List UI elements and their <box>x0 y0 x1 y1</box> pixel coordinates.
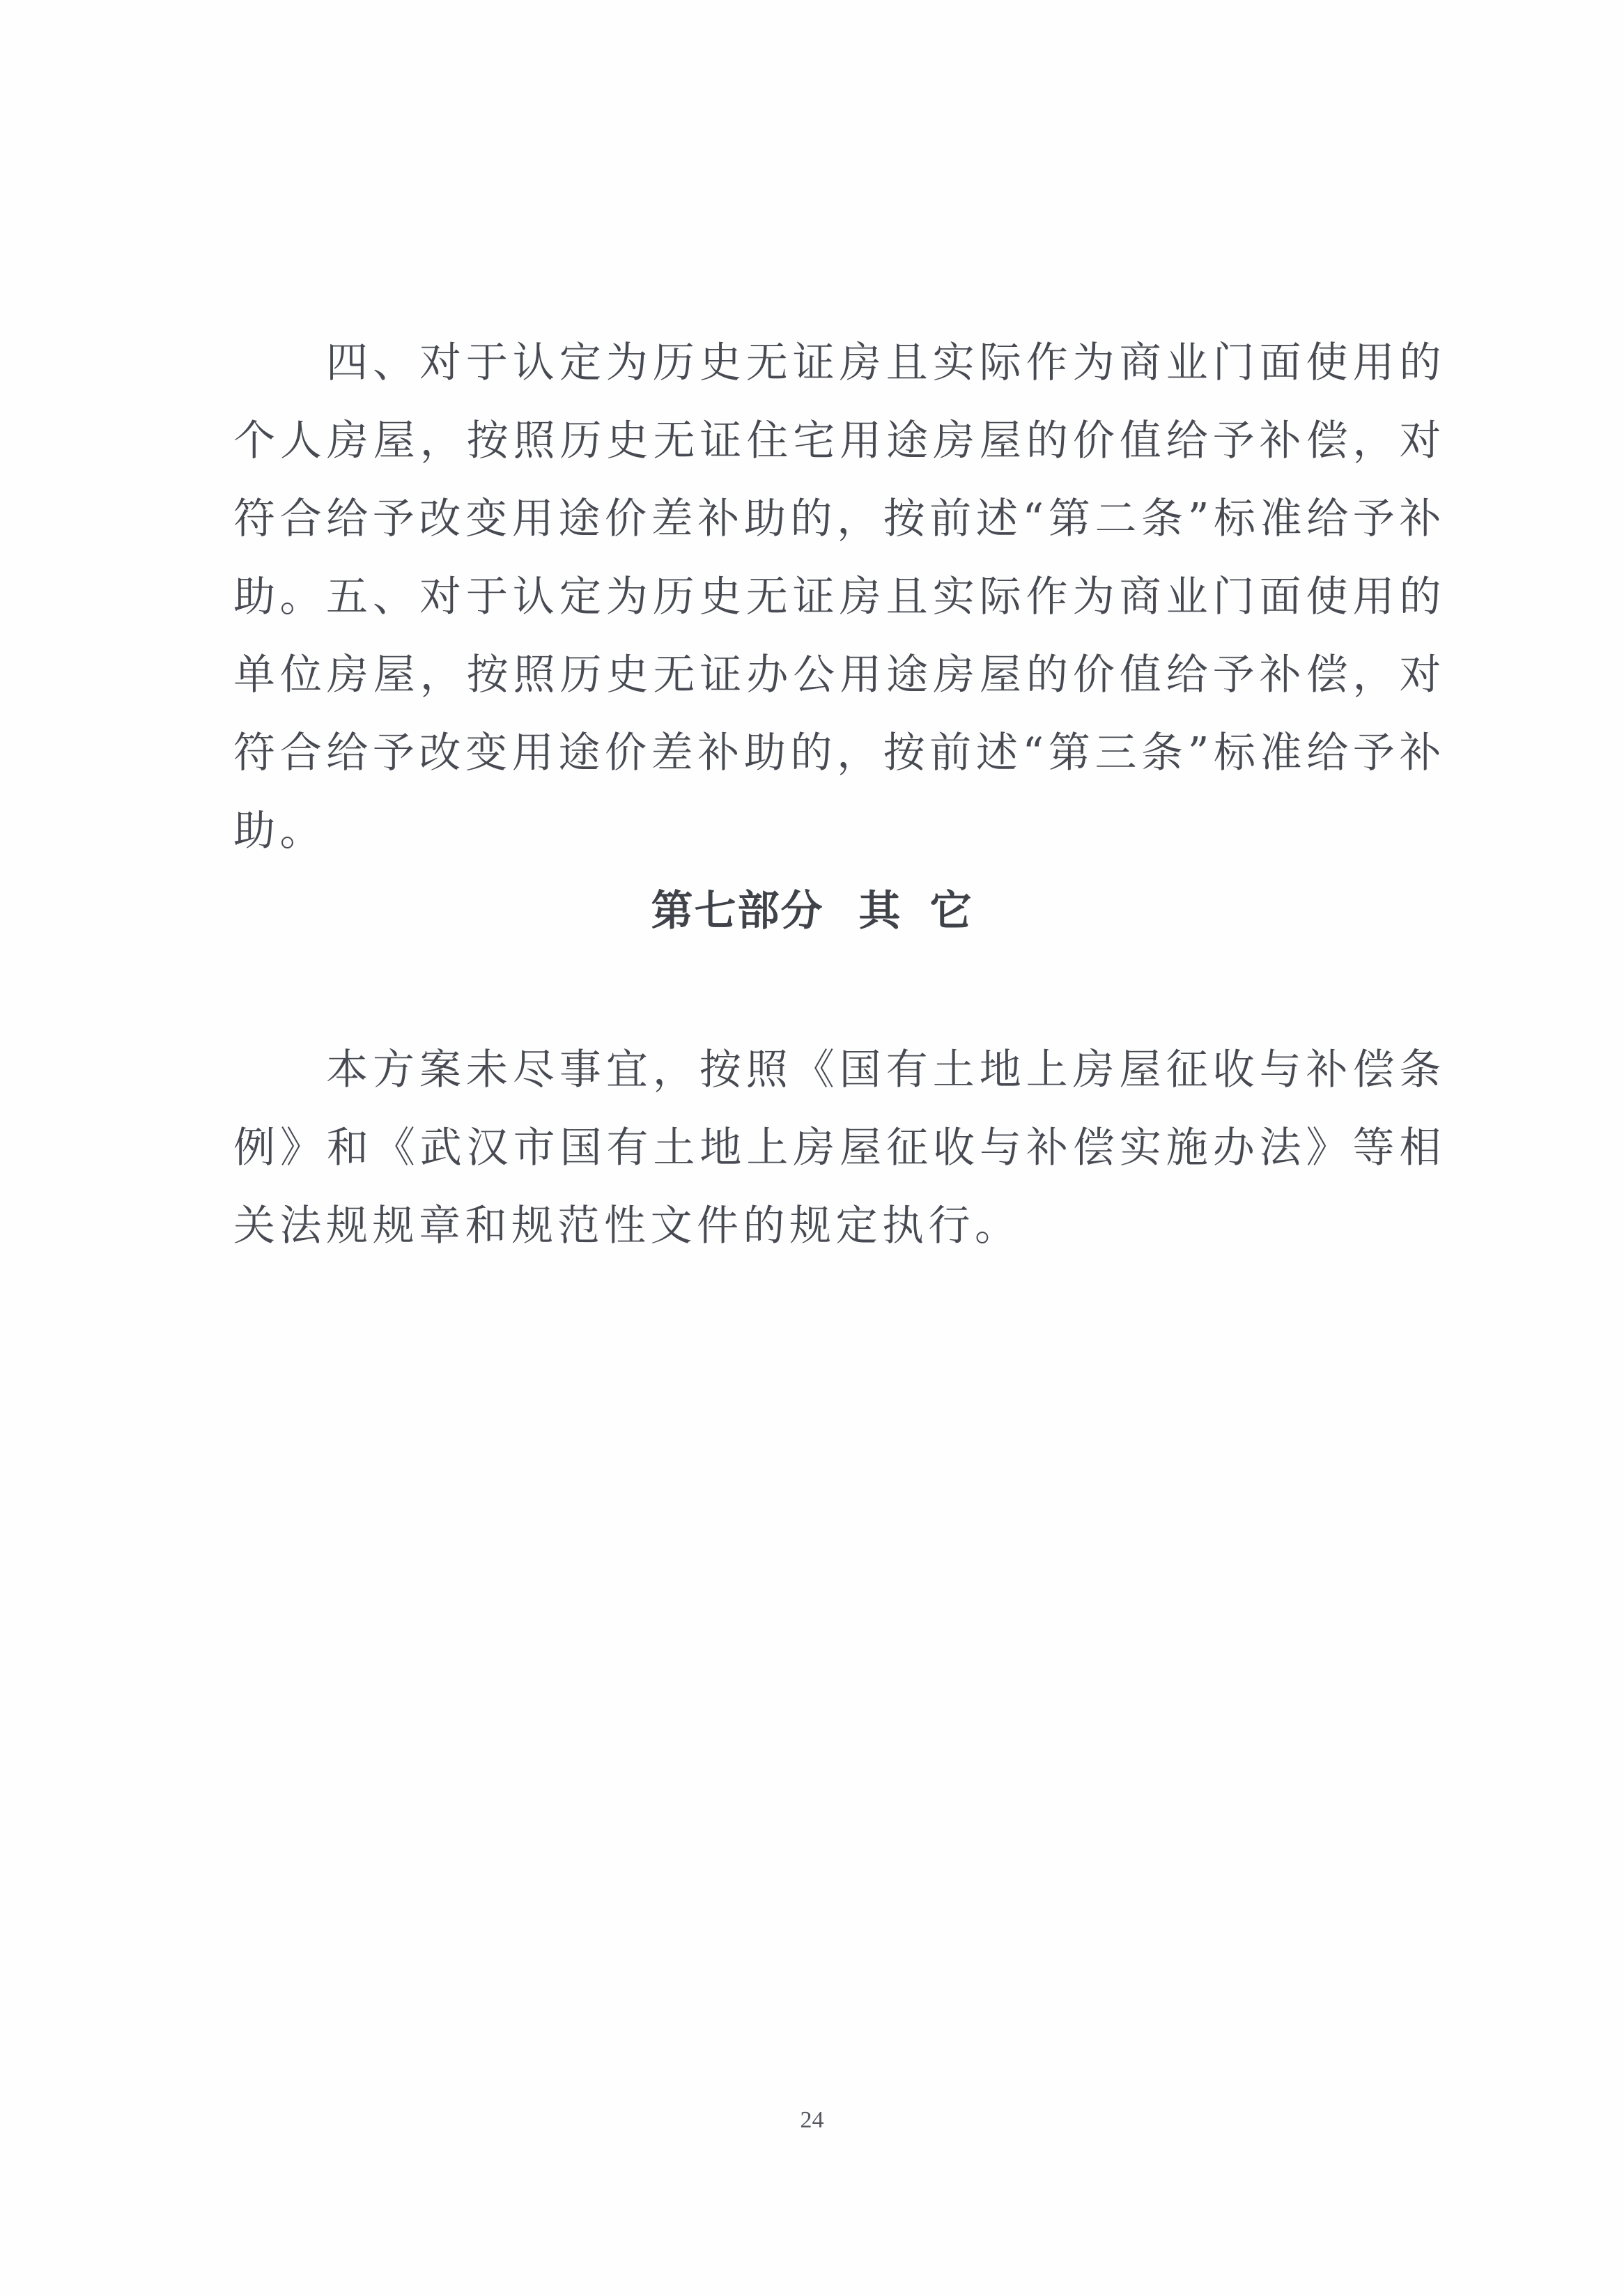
section-title-char-2: 它 <box>930 887 973 936</box>
page-number: 24 <box>0 2105 1624 2136</box>
section-body-paragraph: 本方案未尽事宜，按照《国有土地上房屋征收与补偿条例》和《武汉市国有土地上房屋征收… <box>233 1031 1446 1265</box>
document-page: 四、对于认定为历史无证房且实际作为商业门面使用的个人房屋，按照历史无证住宅用途房… <box>0 0 1624 2296</box>
section-title-char-1: 其 <box>859 887 902 936</box>
paragraph-item-5: 五、对于认定为历史无证房且实际作为商业门面使用的单位房屋，按照历史无证办公用途房… <box>233 558 1446 870</box>
section-part-label: 第七部分 <box>651 887 824 936</box>
section-heading: 第七部分其它 <box>0 883 1624 939</box>
